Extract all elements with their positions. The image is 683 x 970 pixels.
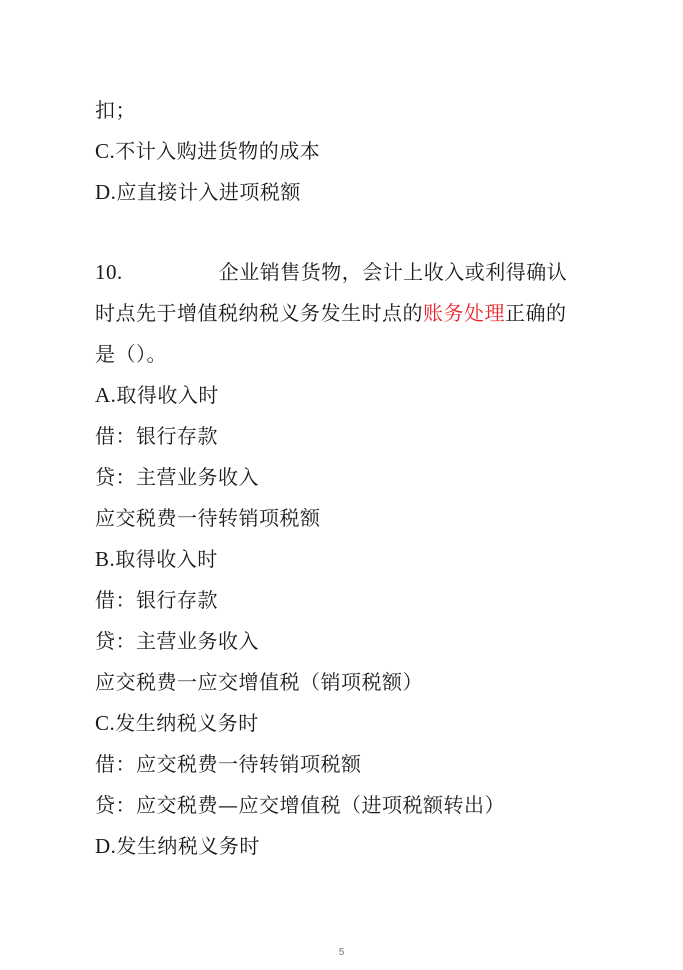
journal-entry: 应交税费一应交增值税（销项税额） xyxy=(95,670,423,694)
continuation-text: 扣； xyxy=(95,98,136,122)
stem-text: 时点先于增值税纳税义务发生时点的 xyxy=(95,301,423,325)
stem-text: 企业销售货物，会计上收入或利得确认 xyxy=(219,260,568,284)
option-b-entry: 借：银行存款 xyxy=(95,588,218,612)
journal-entry: 贷：主营业务收入 xyxy=(95,465,259,489)
option-b-entry: 贷：主营业务收入 xyxy=(95,629,259,653)
question-stem-line-3: 是（）。 xyxy=(95,342,167,366)
question-stem-line-1: 10.企业销售货物，会计上收入或利得确认 xyxy=(95,260,567,284)
stem-text: 正确的 xyxy=(505,301,567,325)
journal-entry: 借：应交税费一待转销项税额 xyxy=(95,752,362,776)
option-title: 发生纳税义务时 xyxy=(115,711,259,735)
journal-entry: 借：银行存款 xyxy=(95,588,218,612)
option-label: D. xyxy=(95,834,116,858)
option-title: 发生纳税义务时 xyxy=(116,834,260,858)
option-a-entry: 借：银行存款 xyxy=(95,424,218,448)
option-c-title: C.发生纳税义务时 xyxy=(95,711,259,735)
prev-option-d: D.应直接计入进项税额 xyxy=(95,180,301,204)
option-a-entry: 贷：主营业务收入 xyxy=(95,465,259,489)
stem-text: 是（）。 xyxy=(95,342,167,366)
option-label: C. xyxy=(95,711,115,735)
journal-entry: 应交税费一待转销项税额 xyxy=(95,506,321,530)
option-title: 取得收入时 xyxy=(116,383,219,407)
journal-entry: 贷：应交税费—应交增值税（进项税额转出） xyxy=(95,793,505,817)
option-label: C. xyxy=(95,139,115,163)
option-d-title: D.发生纳税义务时 xyxy=(95,834,260,858)
option-a-entry: 应交税费一待转销项税额 xyxy=(95,506,321,530)
option-b-entry: 应交税费一应交增值税（销项税额） xyxy=(95,670,423,694)
option-title: 取得收入时 xyxy=(115,547,218,571)
option-label: D. xyxy=(95,180,116,204)
question-number: 10. xyxy=(95,260,123,284)
option-a-title: A.取得收入时 xyxy=(95,383,219,407)
option-c-entry: 借：应交税费一待转销项税额 xyxy=(95,752,362,776)
option-c-entry: 贷：应交税费—应交增值税（进项税额转出） xyxy=(95,793,505,817)
journal-entry: 借：银行存款 xyxy=(95,424,218,448)
option-text: 应直接计入进项税额 xyxy=(116,180,301,204)
option-label: B. xyxy=(95,547,115,571)
option-label: A. xyxy=(95,383,116,407)
highlighted-term: 账务处理 xyxy=(423,301,505,325)
journal-entry: 贷：主营业务收入 xyxy=(95,629,259,653)
prev-question-continuation: 扣； xyxy=(95,98,136,122)
question-stem-line-2: 时点先于增值税纳税义务发生时点的账务处理正确的 xyxy=(95,301,567,325)
prev-option-c: C.不计入购进货物的成本 xyxy=(95,139,320,163)
page-number: 5 xyxy=(0,947,683,958)
option-b-title: B.取得收入时 xyxy=(95,547,218,571)
document-page: 扣； C.不计入购进货物的成本 D.应直接计入进项税额 10.企业销售货物，会计… xyxy=(0,0,683,970)
option-text: 不计入购进货物的成本 xyxy=(115,139,320,163)
